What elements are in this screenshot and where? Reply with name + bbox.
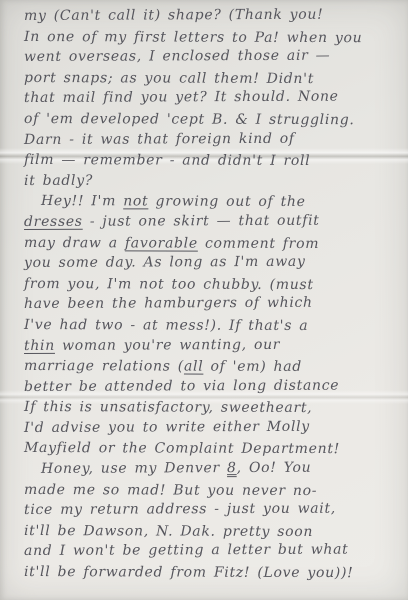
letter-text: from you, I'm not too chubby. (must: [24, 276, 314, 293]
letter-text: - just one skirt — that outfit: [83, 213, 320, 230]
letter-text: that mail find you yet? It should. None: [24, 89, 339, 106]
letter-text: of 'em) had: [203, 359, 302, 375]
letter-text: port snaps; as you call them! Didn't: [24, 70, 314, 87]
letter-text: better be attended to via long distance: [24, 377, 339, 394]
letter-text: of 'em developed 'cept B. & I struggling…: [24, 111, 355, 128]
letter-text: Hey!! I'm: [41, 193, 123, 209]
letter-text: Mayfield or the Complaint Department!: [24, 440, 340, 457]
letter-text: In one of my first letters to Pa! when y…: [24, 29, 362, 46]
letter-text: growing out of the: [148, 194, 305, 211]
letter-text: have been the hamburgers of which: [24, 295, 313, 312]
letter-text: Honey, use my Denver: [41, 460, 227, 477]
letter-line: thin woman you're wanting, our: [24, 334, 400, 356]
letter-line: went overseas, I enclosed those air —: [24, 46, 400, 68]
letter-text: I'd advise you to write either Molly: [24, 419, 310, 436]
letter-lines: my (Can't call it) shape? (Thank you!In …: [24, 6, 400, 583]
underlined-word: 8: [227, 460, 237, 476]
letter-line: of 'em developed 'cept B. & I struggling…: [24, 109, 400, 131]
letter-text: it badly?: [24, 172, 93, 188]
letter-line: have been the hamburgers of which: [24, 293, 400, 315]
letter-line: better be attended to via long distance: [24, 375, 400, 397]
letter-text: may draw a: [24, 235, 125, 251]
letter-line: dresses - just one skirt — that outfit: [24, 210, 400, 232]
letter-text: comment from: [198, 235, 319, 251]
letter-text: film — remember - and didn't I roll: [24, 152, 310, 169]
letter-text: and I won't be getting a letter but what: [24, 542, 349, 559]
letter-text: you some day. As long as I'm away: [24, 254, 306, 271]
letter-page: my (Can't call it) shape? (Thank you!In …: [0, 0, 408, 600]
letter-line: it'll be forwarded from Fitz! (Love you)…: [24, 562, 400, 584]
underlined-word: all: [184, 359, 203, 375]
letter-line: you some day. As long as I'm away: [24, 251, 400, 273]
underlined-word: not: [123, 194, 148, 210]
letter-line: Honey, use my Denver 8, Oo! You: [24, 457, 400, 479]
letter-text: made me so mad! But you never no-: [24, 482, 317, 499]
letter-text: If this is unsatisfactory, sweetheart,: [24, 399, 312, 416]
underlined-word: thin: [24, 337, 55, 353]
letter-line: and I won't be getting a letter but what: [24, 540, 400, 562]
letter-line: I'd advise you to write either Molly: [24, 416, 400, 438]
letter-text: I've had two - at mess!). If that's a: [24, 317, 308, 334]
underlined-word: dresses: [24, 214, 83, 230]
underlined-word: favorable: [125, 235, 198, 251]
letter-line: it badly?: [24, 169, 400, 191]
letter-line: Darn - it was that foreign kind of: [24, 128, 400, 150]
letter-text: marriage relations (: [24, 358, 184, 375]
letter-text: it'll be forwarded from Fitz! (Love you)…: [24, 564, 354, 581]
letter-text: woman you're wanting, our: [55, 336, 280, 353]
letter-text: tice my return address - just you wait,: [24, 501, 336, 518]
letter-line: my (Can't call it) shape? (Thank you!: [24, 4, 400, 26]
letter-text: went overseas, I enclosed those air —: [24, 48, 330, 65]
letter-text: Darn - it was that foreign kind of: [24, 130, 295, 147]
letter-text: it'll be Dawson, N. Dak. pretty soon: [24, 523, 313, 540]
letter-text: my (Can't call it) shape? (Thank you!: [24, 7, 324, 24]
letter-text: , Oo! You: [237, 460, 312, 476]
letter-line: that mail find you yet? It should. None: [24, 87, 400, 109]
letter-line: I've had two - at mess!). If that's a: [24, 315, 400, 337]
letter-line: tice my return address - just you wait,: [24, 499, 400, 521]
